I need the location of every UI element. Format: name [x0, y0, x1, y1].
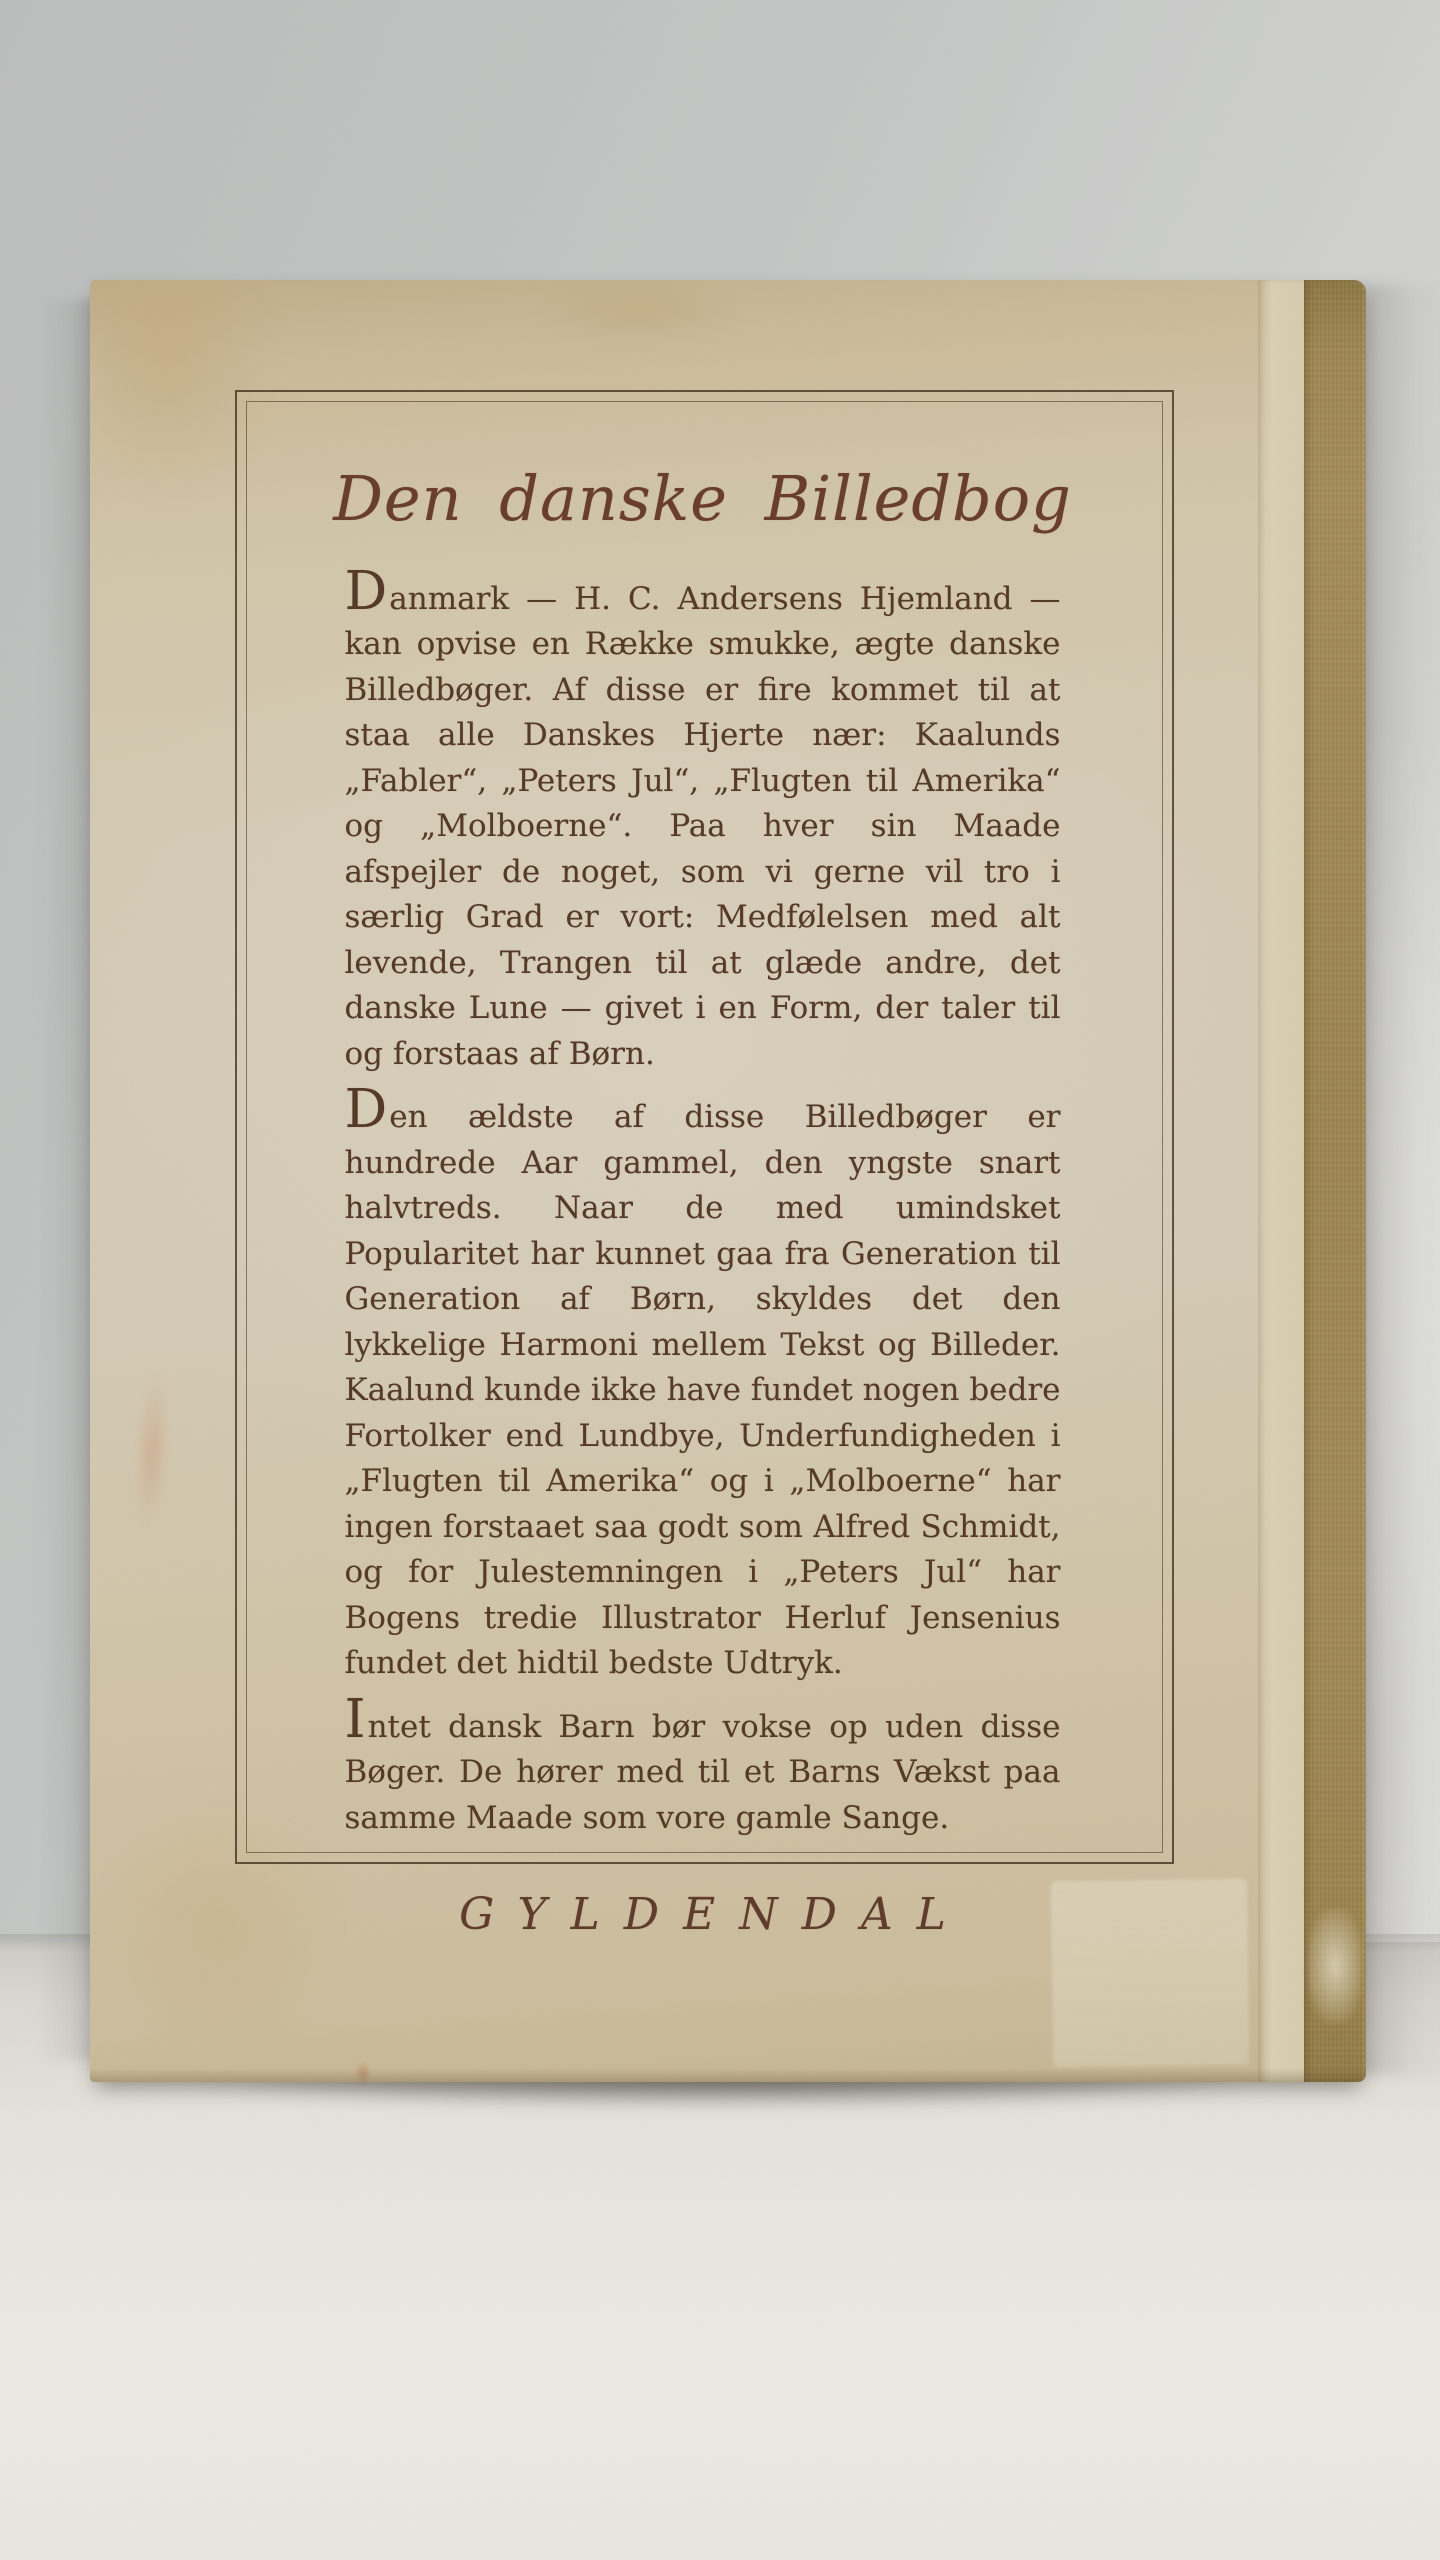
blurb-paragraph-3: Intet dansk Barn bør vokse op uden disse… — [345, 1705, 1061, 1842]
book-back-cover: Den danske Billedbog Danmark — H. C. And… — [90, 280, 1366, 2082]
stain — [128, 1365, 176, 1537]
cloth-texture — [1304, 280, 1366, 2082]
cloth-spine — [1304, 280, 1366, 2082]
cover-fold-band — [1258, 280, 1304, 2082]
cast-shadow-right — [1360, 285, 1440, 2075]
page-block-edge — [90, 2068, 1366, 2082]
photo-scene: Den danske Billedbog Danmark — H. C. And… — [0, 0, 1440, 2560]
publisher-blurb: Danmark — H. C. Andersens Hjemland — kan… — [345, 577, 1061, 1842]
blurb-paragraph-1: Danmark — H. C. Andersens Hjemland — kan… — [345, 577, 1061, 1078]
cast-shadow-left — [40, 300, 95, 2060]
stain — [510, 286, 770, 356]
publisher-imprint: GYLDENDAL — [235, 1893, 1170, 1937]
book-title: Den danske Billedbog — [235, 466, 1170, 533]
cover-printed-content: Den danske Billedbog Danmark — H. C. And… — [235, 390, 1170, 1860]
spine-wear-patch — [1308, 1908, 1362, 2024]
blurb-paragraph-2: Den ældste af disse Billedbøger er hundr… — [345, 1095, 1061, 1687]
